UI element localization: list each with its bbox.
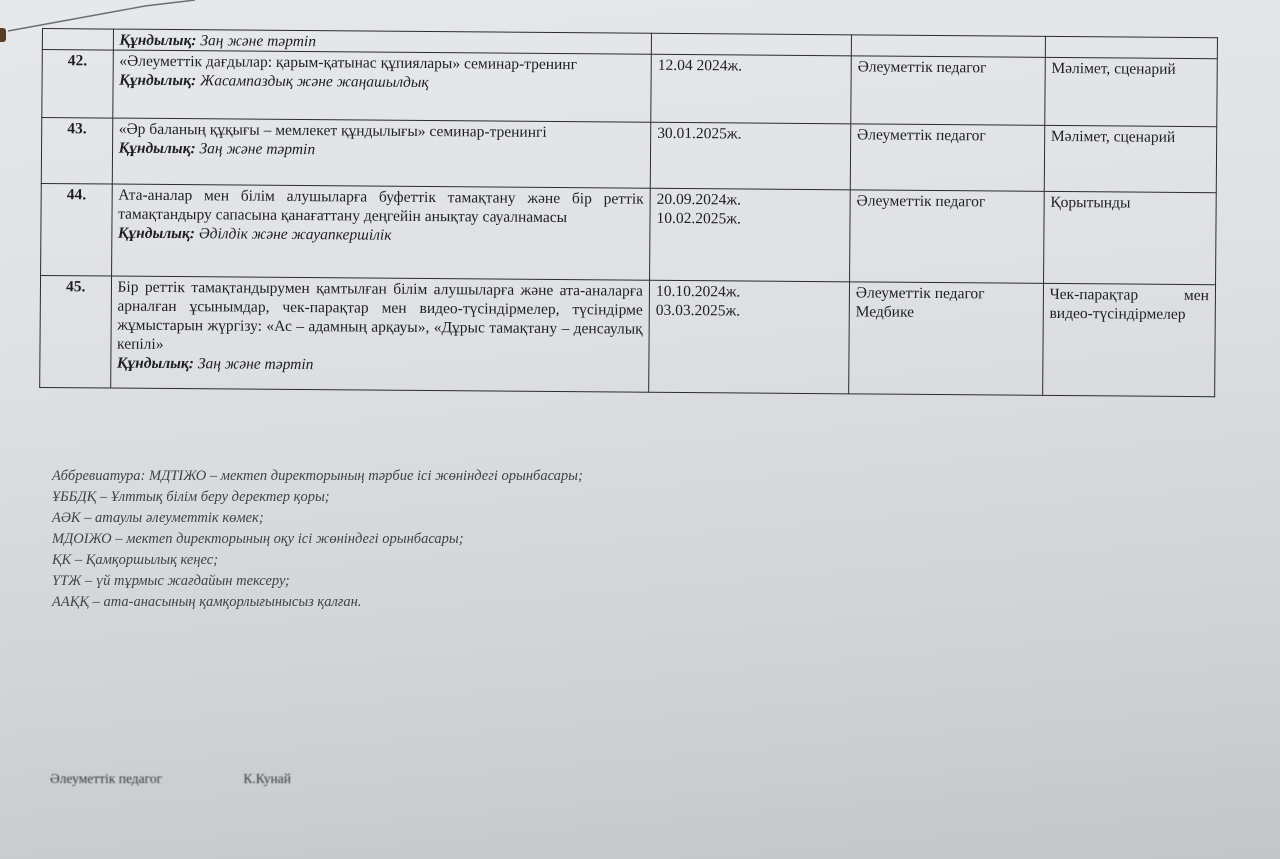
- abbreviation-line: ААҚҚ – ата-анасының қамқорлығынысыз қалғ…: [52, 592, 583, 613]
- cell-date: 30.01.2025ж.: [650, 122, 850, 190]
- responsible-text: Әлеуметтік педагог: [856, 191, 1037, 211]
- value-text: Жасампаздық және жаңашылдық: [200, 72, 429, 91]
- cell-num: 43.: [41, 118, 112, 185]
- activity-plan-table: Құндылық: Заң және тәртіп 42. «Әлеуметті…: [39, 28, 1218, 397]
- cell-description: «Әлеуметтік дағдылар: қарым-қатынас құпи…: [112, 50, 651, 122]
- value-label: Құндылық:: [119, 140, 196, 158]
- cell-form: Чек-парақтар мен видео-түсіндірмелер: [1042, 283, 1215, 396]
- table-row: 42. «Әлеуметтік дағдылар: қарым-қатынас …: [42, 50, 1217, 127]
- cell-form: Мәлімет, сценарий: [1044, 57, 1217, 126]
- cell-date: 20.09.2024ж.10.02.2025ж.: [650, 188, 851, 282]
- value-text: Заң және тәртіп: [198, 355, 314, 373]
- cell-responsible: Әлеуметтік педагог: [851, 56, 1045, 126]
- abbreviations-notes: Аббревиатура: МДТІЖО – мектеп директорын…: [52, 466, 583, 613]
- value-text: Әділдік және жауапкершілік: [199, 225, 392, 244]
- abbreviation-line: АӘК – атаулы әлеуметтік көмек;: [52, 508, 583, 529]
- signature-name: К.Кунай: [243, 771, 291, 787]
- responsible-text: Әлеуметтік педагог: [857, 125, 1038, 145]
- abbreviation-line: ҮТЖ – үй тұрмыс жағдайын тексеру;: [52, 571, 583, 592]
- cell-date: 10.10.2024ж.03.03.2025ж.: [649, 280, 850, 394]
- table-row: 44. Ата-аналар мен білім алушыларға буфе…: [41, 183, 1217, 284]
- cell-description: Ата-аналар мен білім алушыларға буфеттік…: [111, 184, 650, 280]
- table-row: 45. Бір реттік тамақтандырумен қамтылған…: [40, 275, 1216, 396]
- cell-date: [651, 33, 851, 56]
- responsible-text: Медбике: [856, 302, 1037, 322]
- cell-description: Бір реттік тамақтандырумен қамтылған біл…: [110, 276, 649, 392]
- date-text: 30.01.2025ж.: [657, 124, 844, 144]
- cell-description: «Әр баланың құқығы – мемлекет құндылығы»…: [112, 118, 651, 188]
- description-text: Ата-аналар мен білім алушыларға буфеттік…: [118, 186, 644, 228]
- cell-date: 12.04 2024ж.: [651, 54, 851, 124]
- cell-responsible: Әлеуметтік педагог: [850, 124, 1044, 192]
- photo-corner-shadow: [0, 28, 6, 42]
- responsible-text: Әлеуметтік педагог: [856, 283, 1037, 303]
- date-text: 20.09.2024ж.: [657, 190, 844, 210]
- cell-form: Мәлімет, сценарий: [1044, 125, 1217, 192]
- value-label: Құндылық:: [119, 72, 196, 90]
- cell-responsible: Әлеуметтік педагог: [849, 190, 1044, 284]
- cell-form: [1045, 36, 1217, 58]
- cell-form: Қорытынды: [1043, 191, 1216, 284]
- date-text: 03.03.2025ж.: [656, 301, 843, 321]
- value-label: Құндылық:: [117, 355, 194, 373]
- value-text: Заң және тәртіп: [199, 140, 315, 158]
- value-line: Құндылық: Заң және тәртіп: [119, 139, 645, 162]
- table-row: 43. «Әр баланың құқығы – мемлекет құндыл…: [41, 118, 1216, 193]
- signature-role: Әлеуметтік педагог: [50, 771, 240, 787]
- abbreviation-line: Аббревиатура: МДТІЖО – мектеп директорын…: [52, 466, 583, 487]
- cell-num: 44.: [41, 183, 112, 276]
- signature-block: Әлеуметтік педагог К.Кунай: [50, 771, 291, 787]
- cell-num: 45.: [40, 275, 111, 388]
- description-text: Бір реттік тамақтандырумен қамтылған біл…: [117, 278, 643, 358]
- cell-responsible: Әлеуметтік педагогМедбике: [849, 282, 1044, 396]
- abbreviation-line: ҚК – Қамқоршылық кеңес;: [52, 550, 583, 571]
- date-text: 12.04 2024ж.: [658, 56, 845, 76]
- cell-num: [42, 29, 113, 51]
- value-label: Құндылық:: [118, 225, 195, 243]
- date-text: 10.02.2025ж.: [656, 209, 843, 229]
- cell-responsible: [851, 35, 1045, 58]
- value-text: Заң және тәртіп: [200, 32, 316, 50]
- value-line: Құндылық: Заң және тәртіп: [117, 354, 643, 377]
- cell-num: 42.: [42, 50, 113, 119]
- value-label: Құндылық:: [119, 32, 196, 50]
- abbreviation-line: МДОІЖО – мектеп директорының оқу ісі жөн…: [52, 529, 583, 550]
- abbreviation-line: ҰББДҚ – Ұлттық білім беру деректер қоры;: [52, 487, 583, 508]
- responsible-text: Әлеуметтік педагог: [858, 57, 1039, 77]
- date-text: 10.10.2024ж.: [656, 282, 843, 302]
